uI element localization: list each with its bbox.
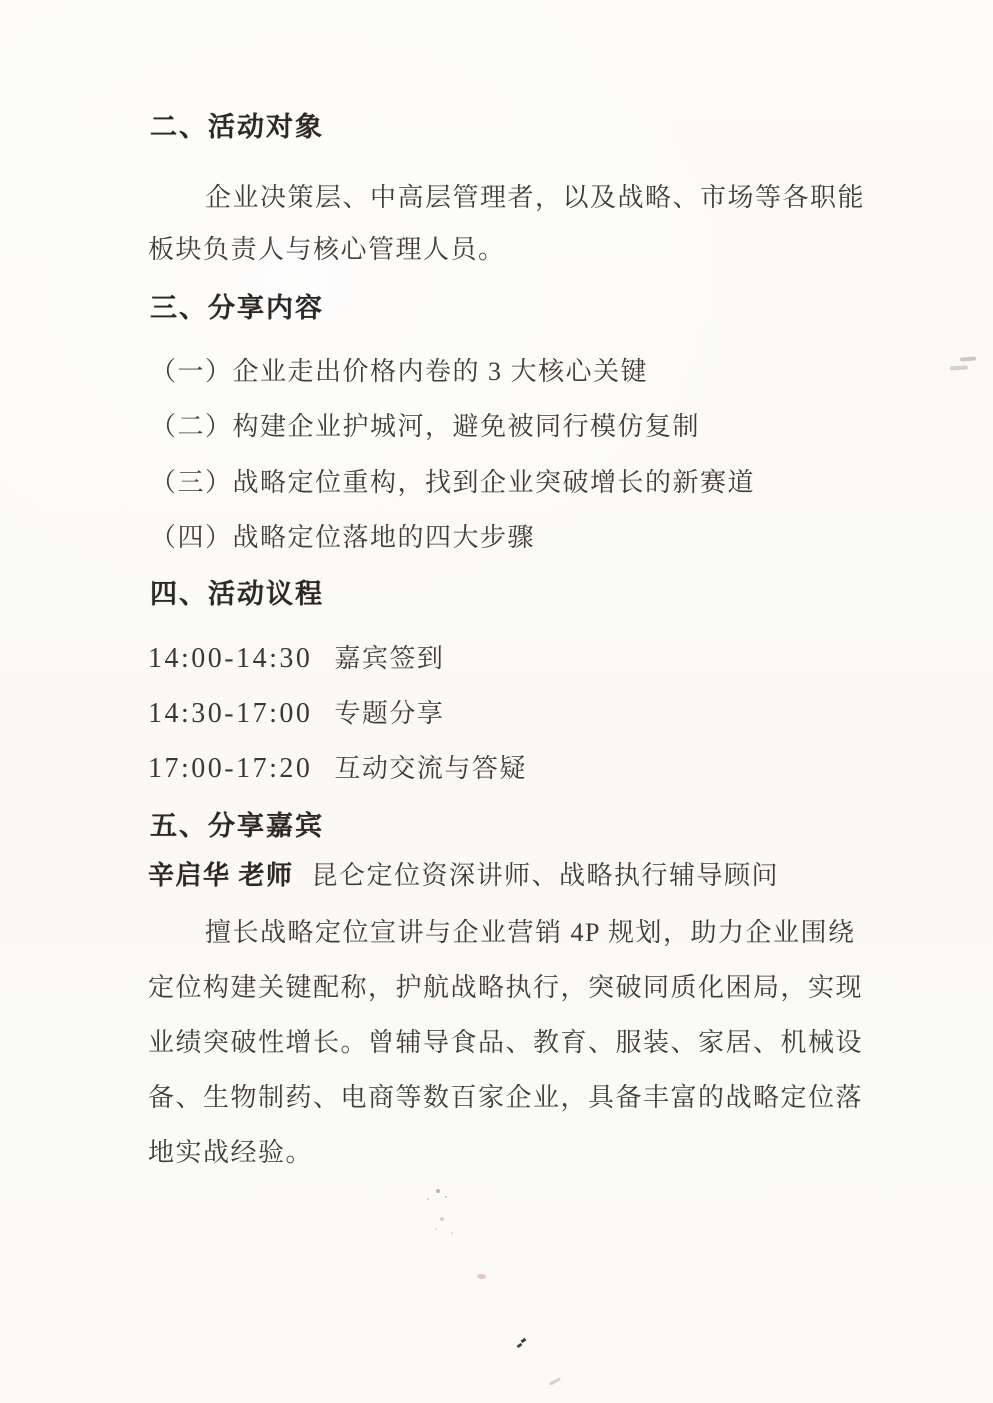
speaker-title: 昆仑定位资深讲师、战略执行辅导顾问 bbox=[312, 861, 780, 890]
content-item: （一）企业走出价格内卷的 3 大核心关键 bbox=[150, 356, 648, 388]
audience-paragraph-line: 企业决策层、中高层管理者，以及战略、市场等各职能 bbox=[205, 182, 865, 214]
scanned-document-page: 二、活动对象 企业决策层、中高层管理者，以及战略、市场等各职能 板块负责人与核心… bbox=[0, 0, 993, 1403]
agenda-time: 17:00-17:20 bbox=[148, 753, 312, 784]
agenda-activity: 互动交流与答疑 bbox=[334, 754, 527, 783]
agenda-row: 14:00-14:30嘉宾签到 bbox=[148, 643, 444, 675]
agenda-row: 17:00-17:20互动交流与答疑 bbox=[148, 753, 527, 785]
section-heading-agenda: 四、活动议程 bbox=[150, 578, 324, 610]
content-item: （二）构建企业护城河，避免被同行模仿复制 bbox=[150, 411, 700, 443]
scan-smudge bbox=[960, 356, 976, 361]
scan-smudge bbox=[950, 366, 968, 371]
speaker-line: 辛启华 老师昆仑定位资深讲师、战略执行辅导顾问 bbox=[148, 860, 779, 892]
section-heading-content: 三、分享内容 bbox=[150, 292, 324, 324]
agenda-activity: 嘉宾签到 bbox=[334, 644, 444, 673]
content-item: （四）战略定位落地的四大步骤 bbox=[150, 522, 535, 554]
agenda-time: 14:00-14:30 bbox=[148, 643, 312, 674]
scan-speck bbox=[517, 1338, 527, 1348]
scan-speck bbox=[436, 1189, 440, 1193]
agenda-time: 14:30-17:00 bbox=[148, 698, 312, 729]
speaker-bio-line: 定位构建关键配称，护航战略执行，突破同质化困局，实现 bbox=[148, 972, 863, 1004]
speaker-bio-line: 业绩突破性增长。曾辅导食品、教育、服装、家居、机械设 bbox=[148, 1027, 863, 1059]
section-heading-audience: 二、活动对象 bbox=[150, 111, 324, 143]
content-item: （三）战略定位重构，找到企业突破增长的新赛道 bbox=[150, 467, 755, 499]
scan-speck bbox=[477, 1274, 486, 1279]
speaker-bio-line: 地实战经验。 bbox=[148, 1137, 313, 1169]
scan-speck bbox=[549, 1377, 561, 1386]
agenda-activity: 专题分享 bbox=[334, 699, 444, 728]
speaker-bio-line: 擅长战略定位宣讲与企业营销 4P 规划，助力企业围绕 bbox=[205, 917, 856, 949]
speaker-bio-line: 备、生物制药、电商等数百家企业，具备丰富的战略定位落 bbox=[148, 1082, 863, 1114]
speaker-name: 辛启华 老师 bbox=[148, 861, 294, 890]
agenda-row: 14:30-17:00专题分享 bbox=[148, 698, 444, 730]
scan-speck bbox=[440, 1217, 444, 1221]
section-heading-speaker: 五、分享嘉宾 bbox=[150, 810, 324, 842]
audience-paragraph-line: 板块负责人与核心管理人员。 bbox=[148, 234, 506, 266]
